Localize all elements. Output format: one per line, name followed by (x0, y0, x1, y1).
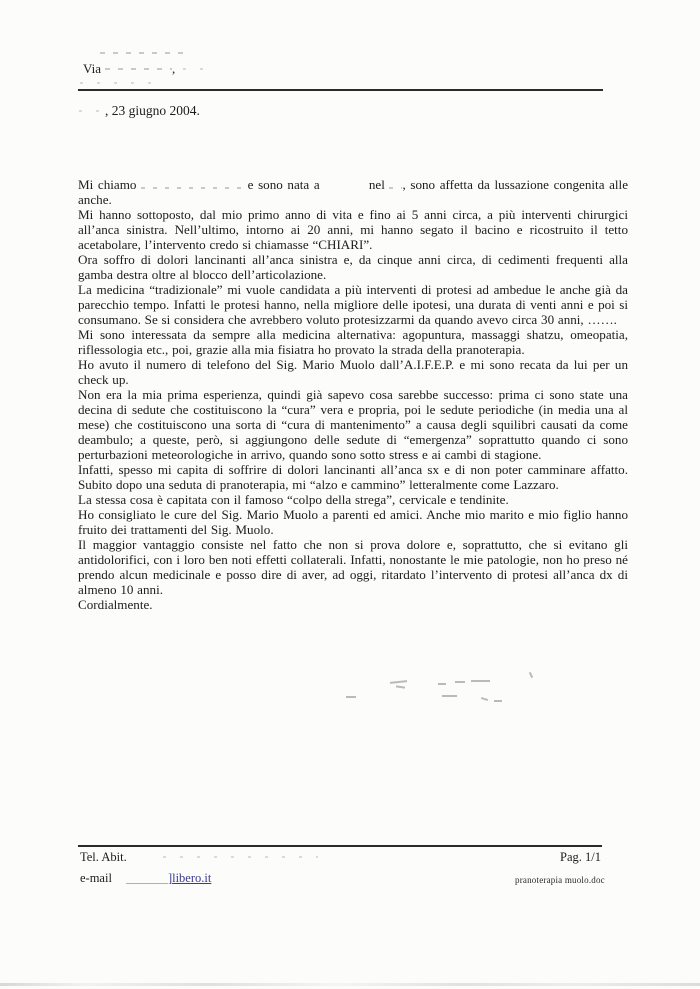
redacted-text (389, 186, 402, 189)
redacted-place (79, 110, 103, 112)
letter-paragraph: Infatti, spesso mi capita di soffrire di… (78, 462, 628, 492)
letter-paragraph: Mi sono interessata da sempre alla medic… (78, 327, 628, 357)
redacted-email-user (126, 871, 168, 884)
letter-paragraph: Ora soffro di dolori lancinanti all’anca… (78, 252, 628, 282)
signature-stroke (390, 680, 407, 684)
tel-label: Tel. Abit. (80, 850, 127, 864)
letter-paragraph: Mi hanno sottoposto, dal mio primo anno … (78, 207, 628, 252)
telephone-line: Tel. Abit. (80, 850, 318, 864)
email-domain: libero.it (172, 871, 211, 885)
letter-paragraph: Cordialmente. (78, 597, 628, 612)
email-line: e-mail]libero.it (80, 871, 211, 885)
scanner-edge-artifact (0, 983, 700, 986)
signature-stroke (471, 680, 490, 682)
signature-stroke (442, 695, 457, 697)
email-label: e-mail (80, 871, 112, 885)
redacted-city-line (80, 82, 152, 84)
redacted-phone-number (163, 856, 318, 858)
signature-redacted (338, 672, 553, 714)
page-number-label: Pag. 1/1 (560, 850, 601, 864)
address-line: Via, (83, 61, 203, 76)
letter-paragraph: La medicina “tradizionale” mi vuole cand… (78, 282, 628, 327)
signature-stroke (346, 696, 356, 698)
signature-stroke (438, 683, 446, 685)
redacted-text (324, 186, 364, 189)
redacted-street-number (183, 68, 203, 70)
letter-paragraph: Non era la mia prima esperienza, quindi … (78, 387, 628, 462)
letter-paragraph: Ho consigliato le cure del Sig. Mario Mu… (78, 507, 628, 537)
email-link[interactable]: ]libero.it (168, 871, 211, 885)
header-divider (78, 89, 603, 91)
letter-paragraph: Ho avuto il numero di telefono del Sig. … (78, 357, 628, 387)
via-label: Via (83, 61, 101, 76)
signature-stroke (455, 681, 465, 683)
date-text: , 23 giugno 2004. (105, 103, 200, 118)
signature-stroke (396, 685, 405, 688)
page-number: Pag. 1/1 (560, 850, 601, 864)
letter-paragraph: Mi chiamo e sono nata a nel , sono affet… (78, 177, 628, 207)
document-filename-text: pranoterapia muolo.doc (515, 875, 605, 885)
redacted-sender-name (100, 52, 184, 54)
scanned-letter-page: Via, , 23 giugno 2004. Mi chiamo e sono … (0, 0, 700, 989)
document-filename: pranoterapia muolo.doc (515, 875, 605, 885)
redacted-text (141, 186, 243, 189)
signature-stroke (529, 672, 533, 678)
letter-paragraph: Il maggior vantaggio consiste nel fatto … (78, 537, 628, 597)
letter-paragraph: La stessa cosa è capitata con il famoso … (78, 492, 628, 507)
letter-body: Mi chiamo e sono nata a nel , sono affet… (78, 177, 628, 612)
date-line: , 23 giugno 2004. (79, 103, 200, 118)
signature-stroke (481, 697, 488, 701)
signature-stroke (494, 700, 502, 702)
footer-divider (78, 845, 602, 847)
redacted-street-name (105, 68, 172, 70)
address-comma: , (172, 61, 175, 76)
